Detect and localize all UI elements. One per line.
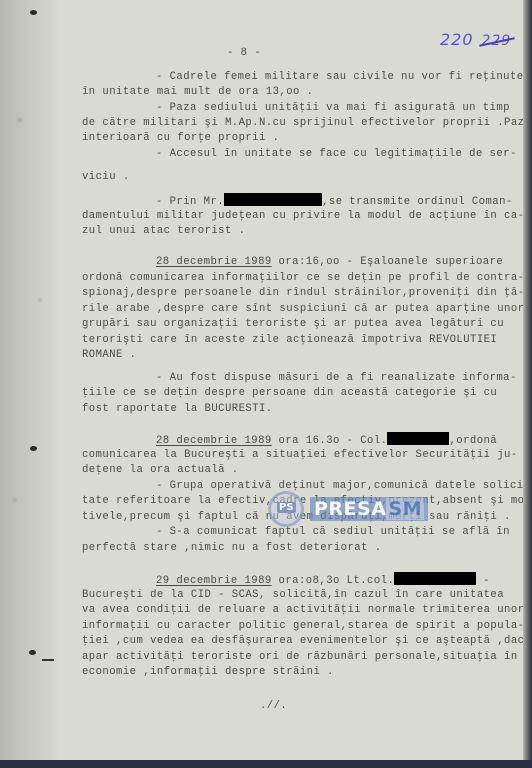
text-fragment: ,ordonă: [449, 435, 497, 447]
page-edge-shadow: [523, 0, 532, 768]
dated-entry-header-redacted: 29 decembrie 1989 ora:o8,3o Lt.col. -: [82, 572, 490, 589]
paragraph-line: spionaj,despre persoanele din rîndul str…: [82, 286, 524, 301]
entry-date: 29 decembrie 1989: [156, 575, 272, 587]
paragraph-line: - Paza sediului unităţii va mai fi asigu…: [82, 101, 510, 116]
redaction-bar: [394, 572, 476, 585]
entry-date: 28 decembrie 1989: [156, 435, 272, 447]
paragraph-line: în unitate mai mult de ora 13,oo .: [82, 85, 313, 100]
watermark-accent: SM: [386, 498, 424, 520]
paragraph-line: terorişti care în aceste zile acţionează…: [82, 333, 497, 348]
paragraph-line: - Accesul în unitate se face cu legitima…: [82, 147, 517, 162]
paragraph-line: fost raportate la BUCURESTI.: [82, 402, 273, 417]
paragraph-line: ţiile ce se deţin despre persoane din ac…: [82, 386, 497, 401]
text-fragment: ora:o8,3o Lt.col.: [272, 575, 395, 587]
typed-text-body: - 8 - - Cadrele femei militare sau civil…: [82, 0, 522, 669]
entry-date: 28 decembrie 1989: [156, 256, 272, 268]
paragraph-line: interioară cu forţe proprii .: [82, 131, 279, 146]
paragraph-line: Bucureşti de la CID - SCAS, solicită,în …: [82, 588, 504, 603]
paragraph-line: ţiei ,cum vedea ea desfăşurarea evenimen…: [82, 634, 531, 649]
punch-hole: [30, 446, 37, 451]
paragraph-line: ROMANE .: [82, 348, 136, 363]
paragraph-line: de către militari şi M.Ap.N.cu sprijinul…: [82, 116, 531, 131]
paragraph-line: comunicarea la Bucureşti a situaţiei efe…: [82, 448, 518, 463]
paragraph-line: grupări sau organizaţii teroriste şi ar …: [82, 317, 504, 332]
punch-hole: [29, 650, 36, 655]
watermark-logo-icon: PS: [268, 491, 304, 527]
watermark-main: PRESA: [314, 498, 386, 520]
paragraph-line-redacted: - Prin Mr.,se transmite ordinul Coman-: [82, 193, 513, 210]
watermark: PS PRESASM: [268, 492, 428, 526]
text-fragment: ora 16.3o - Col.: [272, 435, 388, 447]
dated-entry-header-redacted: 28 decembrie 1989 ora 16.3o - Col.,ordon…: [82, 432, 497, 449]
watermark-logo-text: PS: [277, 502, 296, 513]
redaction-bar: [224, 193, 322, 206]
paragraph-line: zul unui atac terorist .: [82, 224, 245, 239]
watermark-text: PRESASM: [310, 497, 428, 521]
text-fragment: ,se transmite ordinul Coman-: [322, 196, 513, 208]
ending-mark: .//.: [260, 699, 287, 714]
dated-entry-header: 28 decembrie 1989 ora:16,oo - Eşaloanele…: [82, 255, 503, 270]
page-marker: - 8 -: [227, 46, 261, 61]
paragraph-line: viciu .: [82, 170, 130, 185]
text-fragment: - Prin Mr.: [156, 196, 224, 208]
paragraph-line: economie ,informaţii despre străini .: [82, 665, 334, 680]
text-fragment: -: [476, 575, 490, 587]
paragraph-line: ordonă comunicarea informaţiilor ce se d…: [82, 271, 524, 286]
paragraph-line: - S-a comunicat faptul că sediul unităţi…: [82, 525, 510, 540]
paragraph-line: - Au fost dispuse măsuri de a fi reanali…: [82, 371, 517, 386]
paragraph-line: informaţii cu caracter politic general,s…: [82, 619, 524, 634]
paragraph-line: apar activităţi teroriste ori de răzbună…: [82, 650, 518, 665]
text-fragment: ora:16,oo - Eşaloanele superioare: [272, 256, 503, 268]
paragraph-line: rile arabe ,despre care sînt suspiciuni …: [82, 302, 524, 317]
punch-hole: [30, 10, 37, 15]
scanned-document-page: 220229 - 8 - - Cadrele femei militare sa…: [0, 0, 526, 762]
margin-mark: [42, 659, 54, 661]
paragraph-line: damentului militar judeţean cu privire l…: [82, 209, 524, 224]
paragraph-line: - Cadrele femei militare sau civile nu v…: [82, 70, 524, 85]
paragraph-line: deţene la ora actuală .: [82, 463, 239, 478]
redaction-bar: [387, 432, 449, 445]
paragraph-line: va avea condiţii de reluare a activităţi…: [82, 603, 524, 618]
paragraph-line: perfectă stare ,nimic nu a fost deterior…: [82, 541, 382, 556]
scanner-background: [0, 760, 532, 768]
